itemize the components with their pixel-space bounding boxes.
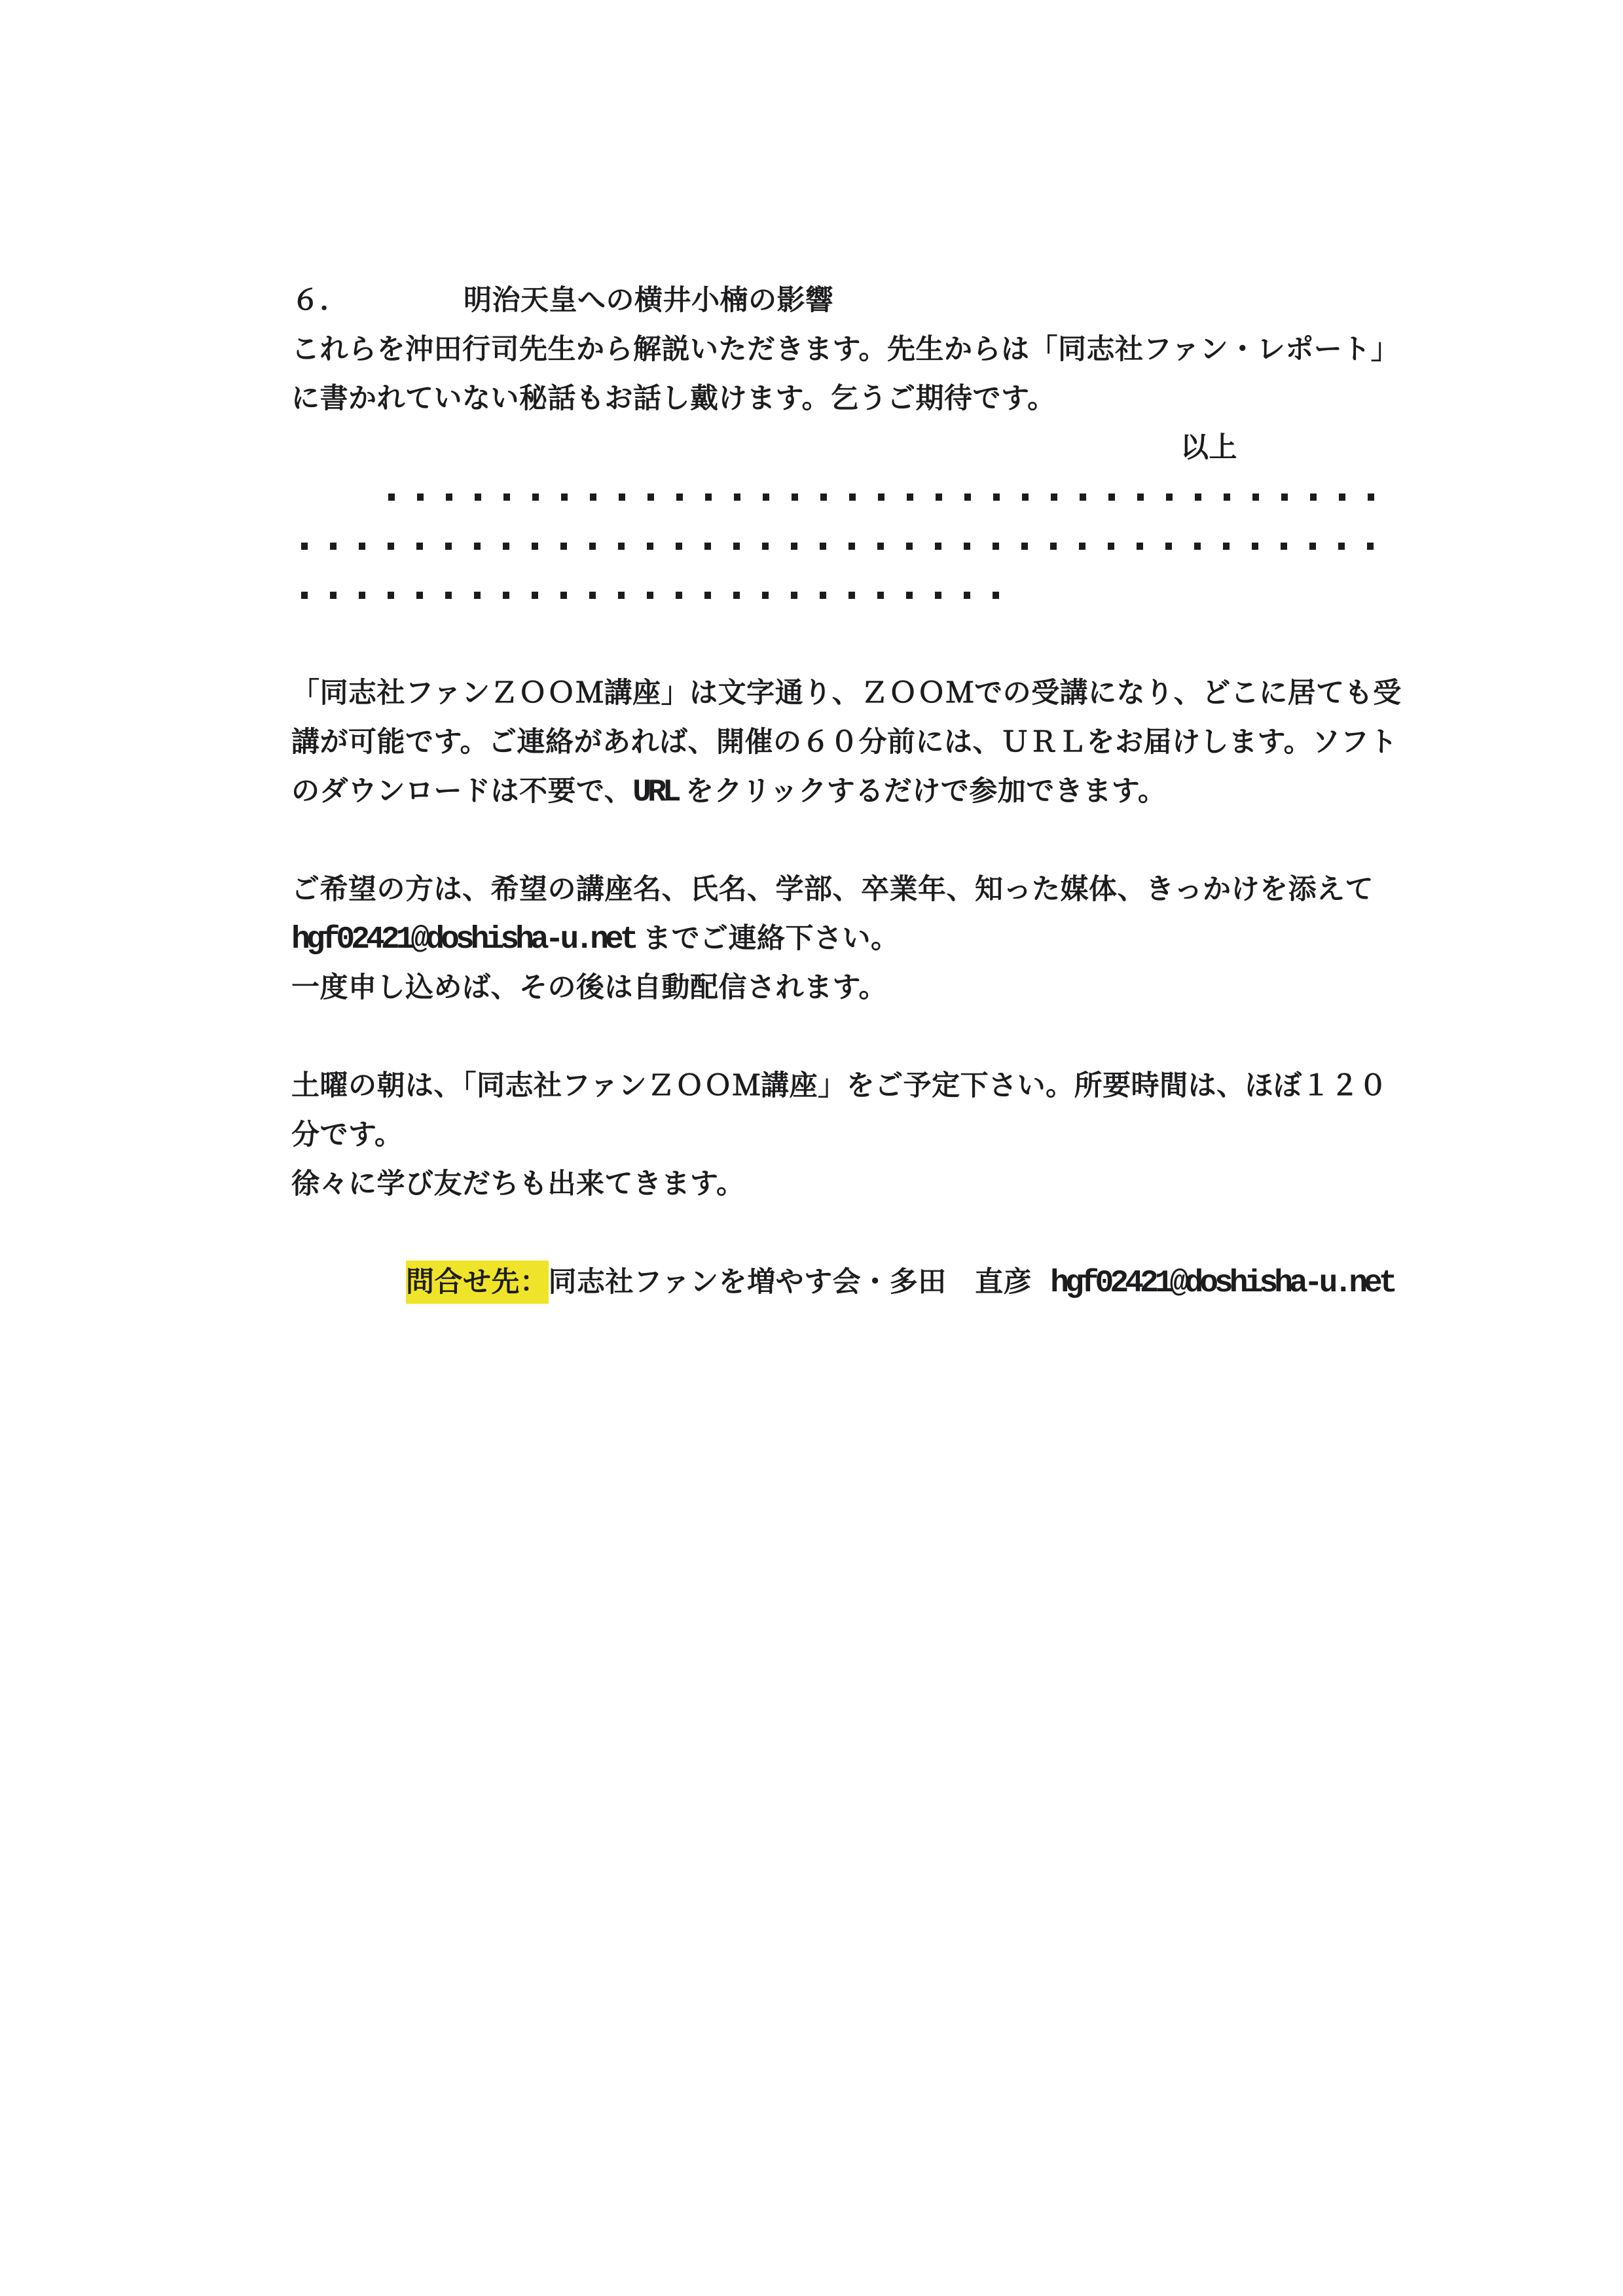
separator-dot — [589, 543, 596, 550]
separator-dot — [1108, 493, 1115, 501]
separator-dot — [503, 543, 509, 550]
separator-dot — [1252, 493, 1259, 501]
zoom-info-line-3-tail: をクリックするだけで参加できます。 — [678, 776, 1167, 807]
separator-dot — [503, 592, 509, 599]
separator-dot — [704, 592, 711, 599]
separator-dot — [1223, 543, 1230, 550]
separator-dot — [618, 543, 625, 550]
separator-dot — [388, 493, 395, 501]
separator-dot — [791, 543, 797, 550]
separator-dot — [474, 592, 481, 599]
separator-dot — [560, 543, 567, 550]
separator-dot — [763, 493, 769, 501]
separator-dot — [791, 592, 797, 599]
separator-dot — [590, 493, 596, 501]
separator-dot — [762, 543, 769, 550]
separator-dot — [1165, 543, 1172, 550]
separator-dot — [330, 543, 337, 550]
separator-dot — [532, 592, 538, 599]
schedule-line-2: 分です。 — [291, 1111, 1417, 1160]
separator-dot — [1051, 493, 1057, 501]
dotted-separator-row-2 — [301, 522, 1417, 571]
zoom-info-line-3: のダウンロードは不要で、URL をクリックするだけで参加できます。 — [291, 767, 1417, 816]
closing-text: 以上 — [1180, 423, 1237, 473]
separator-dot — [848, 592, 855, 599]
separator-dot — [1309, 543, 1316, 550]
separator-dot — [416, 543, 423, 550]
separator-dot — [647, 493, 654, 501]
blank-line — [291, 816, 1417, 865]
separator-dot — [561, 493, 568, 501]
heading-title: 明治天皇への横井小楠の影響 — [464, 285, 834, 316]
blank-line — [291, 1013, 1417, 1062]
separator-dot — [993, 543, 999, 550]
separator-dot — [589, 592, 596, 599]
document-content: ６．明治天皇への横井小楠の影響 これらを沖田行司先生から解説いただきます。先生か… — [291, 276, 1417, 1307]
separator-dot — [906, 543, 913, 550]
separator-dot — [532, 493, 539, 501]
separator-dot — [1195, 493, 1201, 501]
closing-line: 以上 — [291, 423, 1417, 473]
separator-dot — [1338, 543, 1345, 550]
separator-dot — [1137, 493, 1144, 501]
zoom-info-line-2: 講が可能です。ご連絡があれば、開催の６０分前には、ＵＲＬをお届けします。ソフト — [291, 718, 1417, 767]
separator-dot — [301, 592, 308, 599]
separator-dot — [1224, 493, 1230, 501]
separator-dot — [1021, 543, 1028, 550]
separator-dot — [993, 493, 1000, 501]
separator-dot — [907, 493, 913, 501]
separator-dot — [849, 493, 856, 501]
separator-dot — [877, 592, 884, 599]
separator-dot — [1108, 543, 1114, 550]
url-text: URL — [632, 775, 677, 810]
separator-dot — [733, 592, 740, 599]
separator-dot — [964, 543, 970, 550]
separator-dot — [1022, 493, 1029, 501]
separator-dot — [330, 592, 337, 599]
separator-dot — [762, 592, 769, 599]
separator-dot — [359, 592, 365, 599]
separator-dot — [416, 592, 423, 599]
separator-dot — [446, 493, 452, 501]
separator-dot — [820, 543, 826, 550]
separator-dot — [1368, 493, 1374, 501]
separator-dot — [503, 493, 510, 501]
heading-line: ６．明治天皇への横井小楠の影響 — [291, 276, 1417, 325]
separator-dot — [733, 543, 740, 550]
signup-line-2: hgf02421@doshisha-u.net までご連絡下さい。 — [291, 914, 1417, 963]
signup-line-2-tail: までご連絡下さい。 — [635, 923, 900, 954]
contact-line: 問合せ先：同志社ファンを増やす会・多田 直彦hgf02421@doshisha-… — [291, 1258, 1417, 1307]
separator-dot — [619, 493, 625, 501]
separator-dot — [388, 543, 394, 550]
separator-dot — [964, 493, 971, 501]
separator-dot — [848, 543, 855, 550]
separator-dot — [475, 493, 481, 501]
intro-line-1: これらを沖田行司先生から解説いただきます。先生からは「同志社ファン・レポート」 — [291, 325, 1417, 374]
heading-number: ６． — [291, 276, 464, 325]
separator-dot — [1050, 543, 1057, 550]
separator-dot — [906, 592, 913, 599]
separator-dot — [618, 592, 625, 599]
signup-email-text: hgf02421@doshisha-u.net — [291, 922, 635, 958]
separator-dot — [704, 543, 711, 550]
zoom-info-line-1: 「同志社ファンＺＯＯＭ講座」は文字通り、ＺＯＯＭでの受講になり、どこに居ても受 — [291, 669, 1417, 718]
separator-dot — [676, 592, 682, 599]
intro-line-2: に書かれていない秘話もお話し戴けます。乞うご期待です。 — [291, 374, 1417, 423]
contact-highlight-label: 問合せ先： — [406, 1261, 549, 1304]
zoom-info-line-3-text: のダウンロードは不要で、 — [291, 776, 632, 807]
separator-dot — [792, 493, 798, 501]
separator-dot — [301, 543, 308, 550]
schedule-line-1: 土曜の朝は、「同志社ファンＺＯＯＭ講座」をご予定下さい。所要時間は、ほぼ１２０ — [291, 1062, 1417, 1111]
separator-dot — [1339, 493, 1345, 501]
separator-dot — [388, 592, 394, 599]
separator-dot — [935, 543, 941, 550]
separator-dot — [877, 543, 884, 550]
separator-dot — [935, 592, 941, 599]
separator-dot — [1367, 543, 1374, 550]
document-page: ６．明治天皇への横井小楠の影響 これらを沖田行司先生から解説いただきます。先生か… — [0, 0, 1623, 2296]
separator-dot — [878, 493, 884, 501]
separator-dot — [705, 493, 712, 501]
separator-dot — [647, 543, 653, 550]
signup-line-3: 一度申し込めば、その後は自動配信されます。 — [291, 963, 1417, 1013]
separator-dot — [560, 592, 567, 599]
blank-line — [291, 620, 1417, 669]
separator-dot — [474, 543, 481, 550]
separator-dot — [993, 592, 999, 599]
separator-dot — [1079, 543, 1085, 550]
separator-dot — [1310, 493, 1317, 501]
signup-line-1: ご希望の方は、希望の講座名、氏名、学部、卒業年、知った媒体、きっかけを添えて — [291, 865, 1417, 914]
separator-dot — [820, 592, 826, 599]
separator-dot — [445, 543, 452, 550]
separator-dot — [417, 493, 424, 501]
separator-dot — [734, 493, 740, 501]
separator-dot — [1194, 543, 1201, 550]
separator-dot — [359, 543, 365, 550]
separator-dot — [1080, 493, 1086, 501]
dotted-separator-row-1 — [388, 473, 1417, 522]
separator-dot — [964, 592, 970, 599]
separator-dot — [676, 493, 683, 501]
separator-dot — [820, 493, 827, 501]
separator-dot — [445, 592, 452, 599]
separator-dot — [647, 592, 653, 599]
separator-dot — [532, 543, 538, 550]
separator-dot — [1166, 493, 1173, 501]
separator-dot — [1281, 543, 1287, 550]
dotted-separator-row-3 — [301, 571, 1417, 620]
contact-email-text: hgf02421@doshisha-u.net — [1050, 1266, 1394, 1301]
separator-dot — [936, 493, 942, 501]
separator-dot — [1252, 543, 1258, 550]
schedule-line-3: 徐々に学び友だちも出来てきます。 — [291, 1160, 1417, 1209]
contact-body: 同志社ファンを増やす会・多田 直彦 — [549, 1266, 1032, 1298]
blank-line — [291, 1209, 1417, 1258]
separator-dot — [1281, 493, 1288, 501]
separator-dot — [1137, 543, 1143, 550]
separator-dot — [676, 543, 682, 550]
